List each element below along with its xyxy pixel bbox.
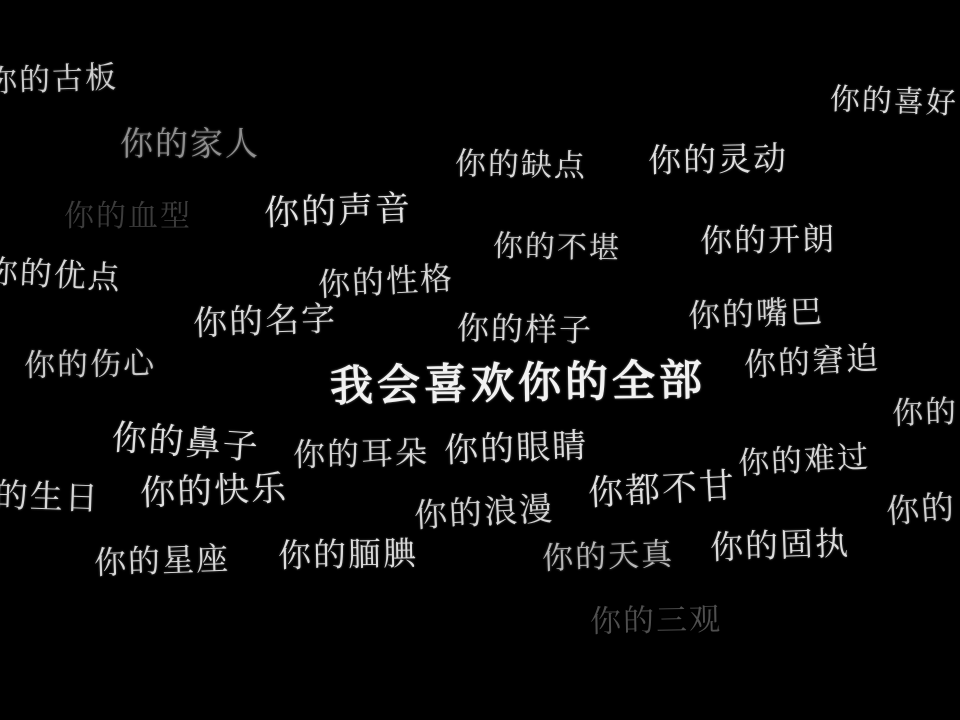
word-cloud-phrase: 你的伤心 <box>24 338 157 385</box>
word-cloud-phrase: 你的不堪 <box>493 221 622 267</box>
word-cloud-phrase: 你的喜好 <box>829 74 958 122</box>
word-cloud-canvas: 我会喜欢你的全部 你的古板你的家人你的喜好你的缺点你的灵动你的血型你的声音你的不… <box>0 0 960 720</box>
word-cloud-phrase: 你的浪漫 <box>413 483 555 537</box>
word-cloud-phrase: 你的难过 <box>737 431 871 483</box>
word-cloud-phrase: 你的三观 <box>590 594 723 641</box>
word-cloud-phrase: 你的固执 <box>709 517 851 569</box>
word-cloud-phrase: 你的嘴巴 <box>687 286 825 337</box>
word-cloud-phrase: 你的 <box>891 386 959 433</box>
word-cloud-phrase: 你的星座 <box>93 533 231 584</box>
word-cloud-phrase: 你的性格 <box>317 253 455 306</box>
word-cloud-phrase: 你的眼睛 <box>443 418 589 472</box>
word-cloud-phrase: 你的名字 <box>192 291 338 345</box>
word-cloud-phrase: 你的缺点 <box>455 138 588 185</box>
word-cloud-phrase: 你的灵动 <box>648 133 789 182</box>
word-cloud-phrase: 你的声音 <box>263 181 413 236</box>
word-cloud-phrase: 你的腼腆 <box>278 528 419 577</box>
word-cloud-phrase: 你的生日 <box>0 468 101 520</box>
word-cloud-phrase: 你的开朗 <box>700 214 837 262</box>
word-cloud-phrase: 你的家人 <box>120 118 260 165</box>
word-cloud-phrase: 你的古板 <box>0 51 119 101</box>
word-cloud-phrase: 你的天真 <box>541 528 674 578</box>
word-cloud-phrase: 你的样子 <box>457 303 594 351</box>
word-cloud-phrase: 你的鼻子 <box>110 410 261 470</box>
center-phrase: 我会喜欢你的全部 <box>329 346 706 414</box>
word-cloud-phrase: 你的快乐 <box>139 461 289 516</box>
word-cloud-phrase: 你的优点 <box>0 246 123 299</box>
word-cloud-phrase: 你都不甘 <box>587 458 737 516</box>
word-cloud-phrase: 你的血型 <box>64 191 192 235</box>
word-cloud-phrase: 你的窘迫 <box>743 333 881 386</box>
word-cloud-phrase: 你的耳朵 <box>293 428 430 476</box>
word-cloud-phrase: 你的 <box>884 481 957 533</box>
